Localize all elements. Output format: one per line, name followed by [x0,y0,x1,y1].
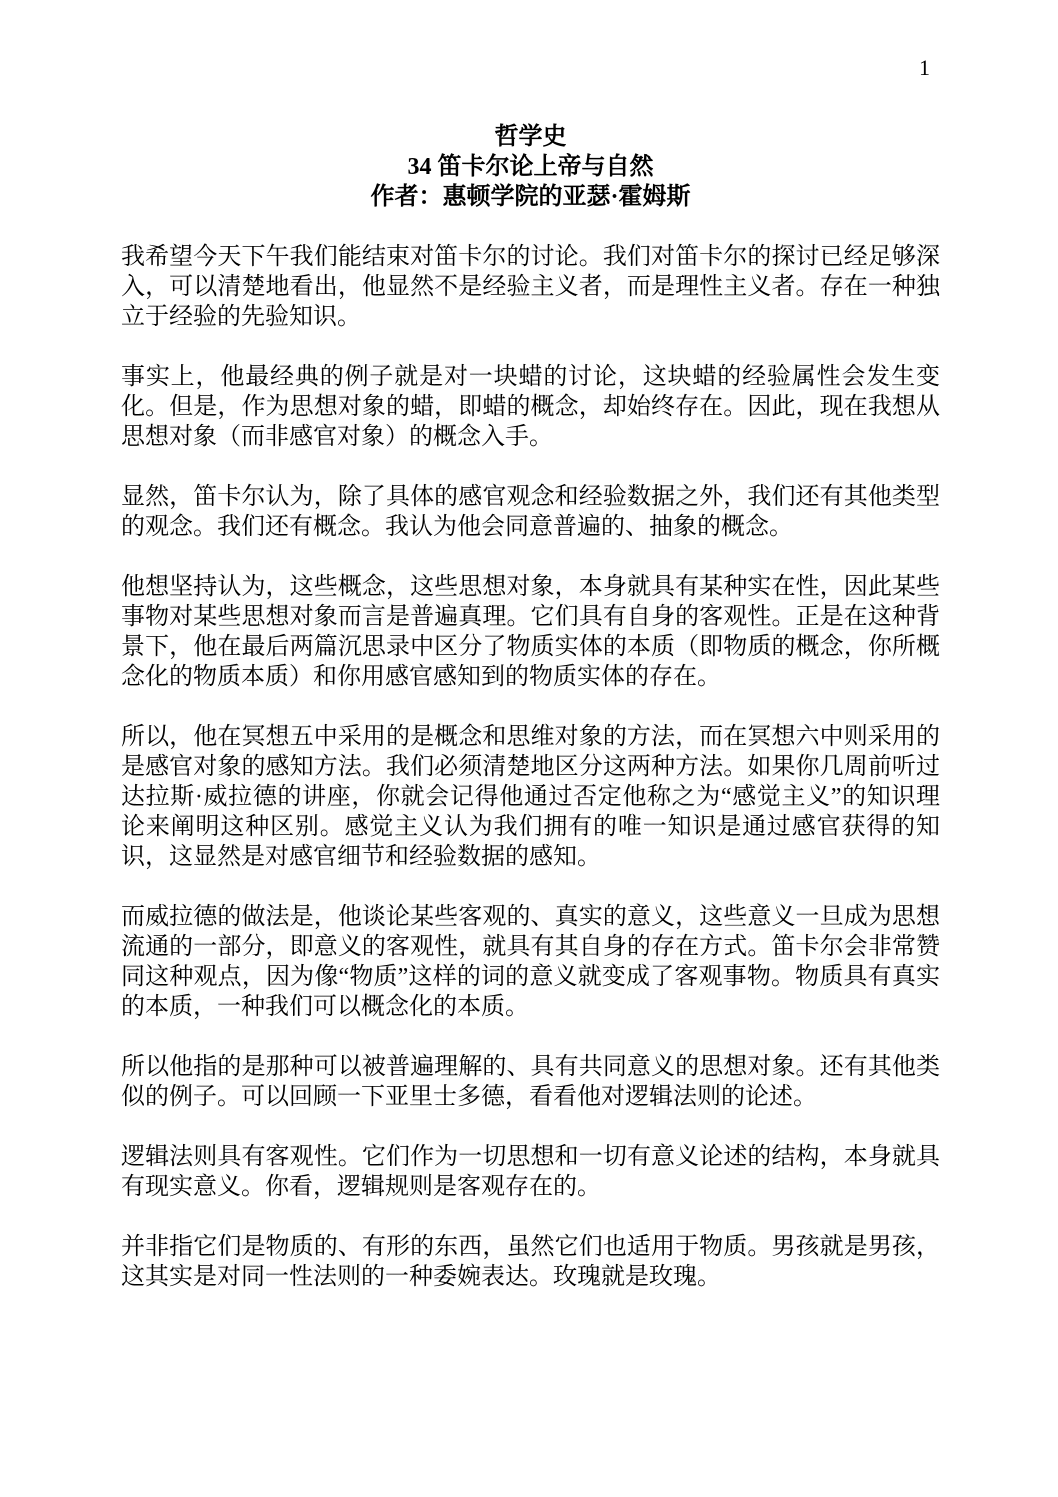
lecture-title: 34 笛卡尔论上帝与自然 [121,152,940,182]
course-title: 哲学史 [121,122,940,152]
document-header: 哲学史 34 笛卡尔论上帝与自然 作者：惠顿学院的亚瑟·霍姆斯 [121,122,940,212]
paragraph-4: 他想坚持认为，这些概念，这些思想对象，本身就具有某种实在性，因此某些事物对某些思… [121,572,940,692]
paragraph-9: 并非指它们是物质的、有形的东西，虽然它们也适用于物质。男孩就是男孩，这其实是对同… [121,1232,940,1292]
paragraph-5: 所以，他在冥想五中采用的是概念和思维对象的方法，而在冥想六中则采用的是感官对象的… [121,722,940,872]
paragraph-3: 显然，笛卡尔认为，除了具体的感官观念和经验数据之外，我们还有其他类型的观念。我们… [121,482,940,542]
paragraph-7: 所以他指的是那种可以被普遍理解的、具有共同意义的思想对象。还有其他类似的例子。可… [121,1052,940,1112]
document-content: 哲学史 34 笛卡尔论上帝与自然 作者：惠顿学院的亚瑟·霍姆斯 我希望今天下午我… [121,122,940,1292]
paragraph-6: 而威拉德的做法是，他谈论某些客观的、真实的意义，这些意义一旦成为思想流通的一部分… [121,902,940,1022]
paragraph-8: 逻辑法则具有客观性。它们作为一切思想和一切有意义论述的结构，本身就具有现实意义。… [121,1142,940,1202]
page-number: 1 [919,53,930,83]
paragraph-2: 事实上，他最经典的例子就是对一块蜡的讨论，这块蜡的经验属性会发生变化。但是，作为… [121,362,940,452]
document-page: 1 哲学史 34 笛卡尔论上帝与自然 作者：惠顿学院的亚瑟·霍姆斯 我希望今天下… [0,0,1058,1497]
paragraph-1: 我希望今天下午我们能结束对笛卡尔的讨论。我们对笛卡尔的探讨已经足够深入，可以清楚… [121,242,940,332]
byline: 作者：惠顿学院的亚瑟·霍姆斯 [121,182,940,212]
